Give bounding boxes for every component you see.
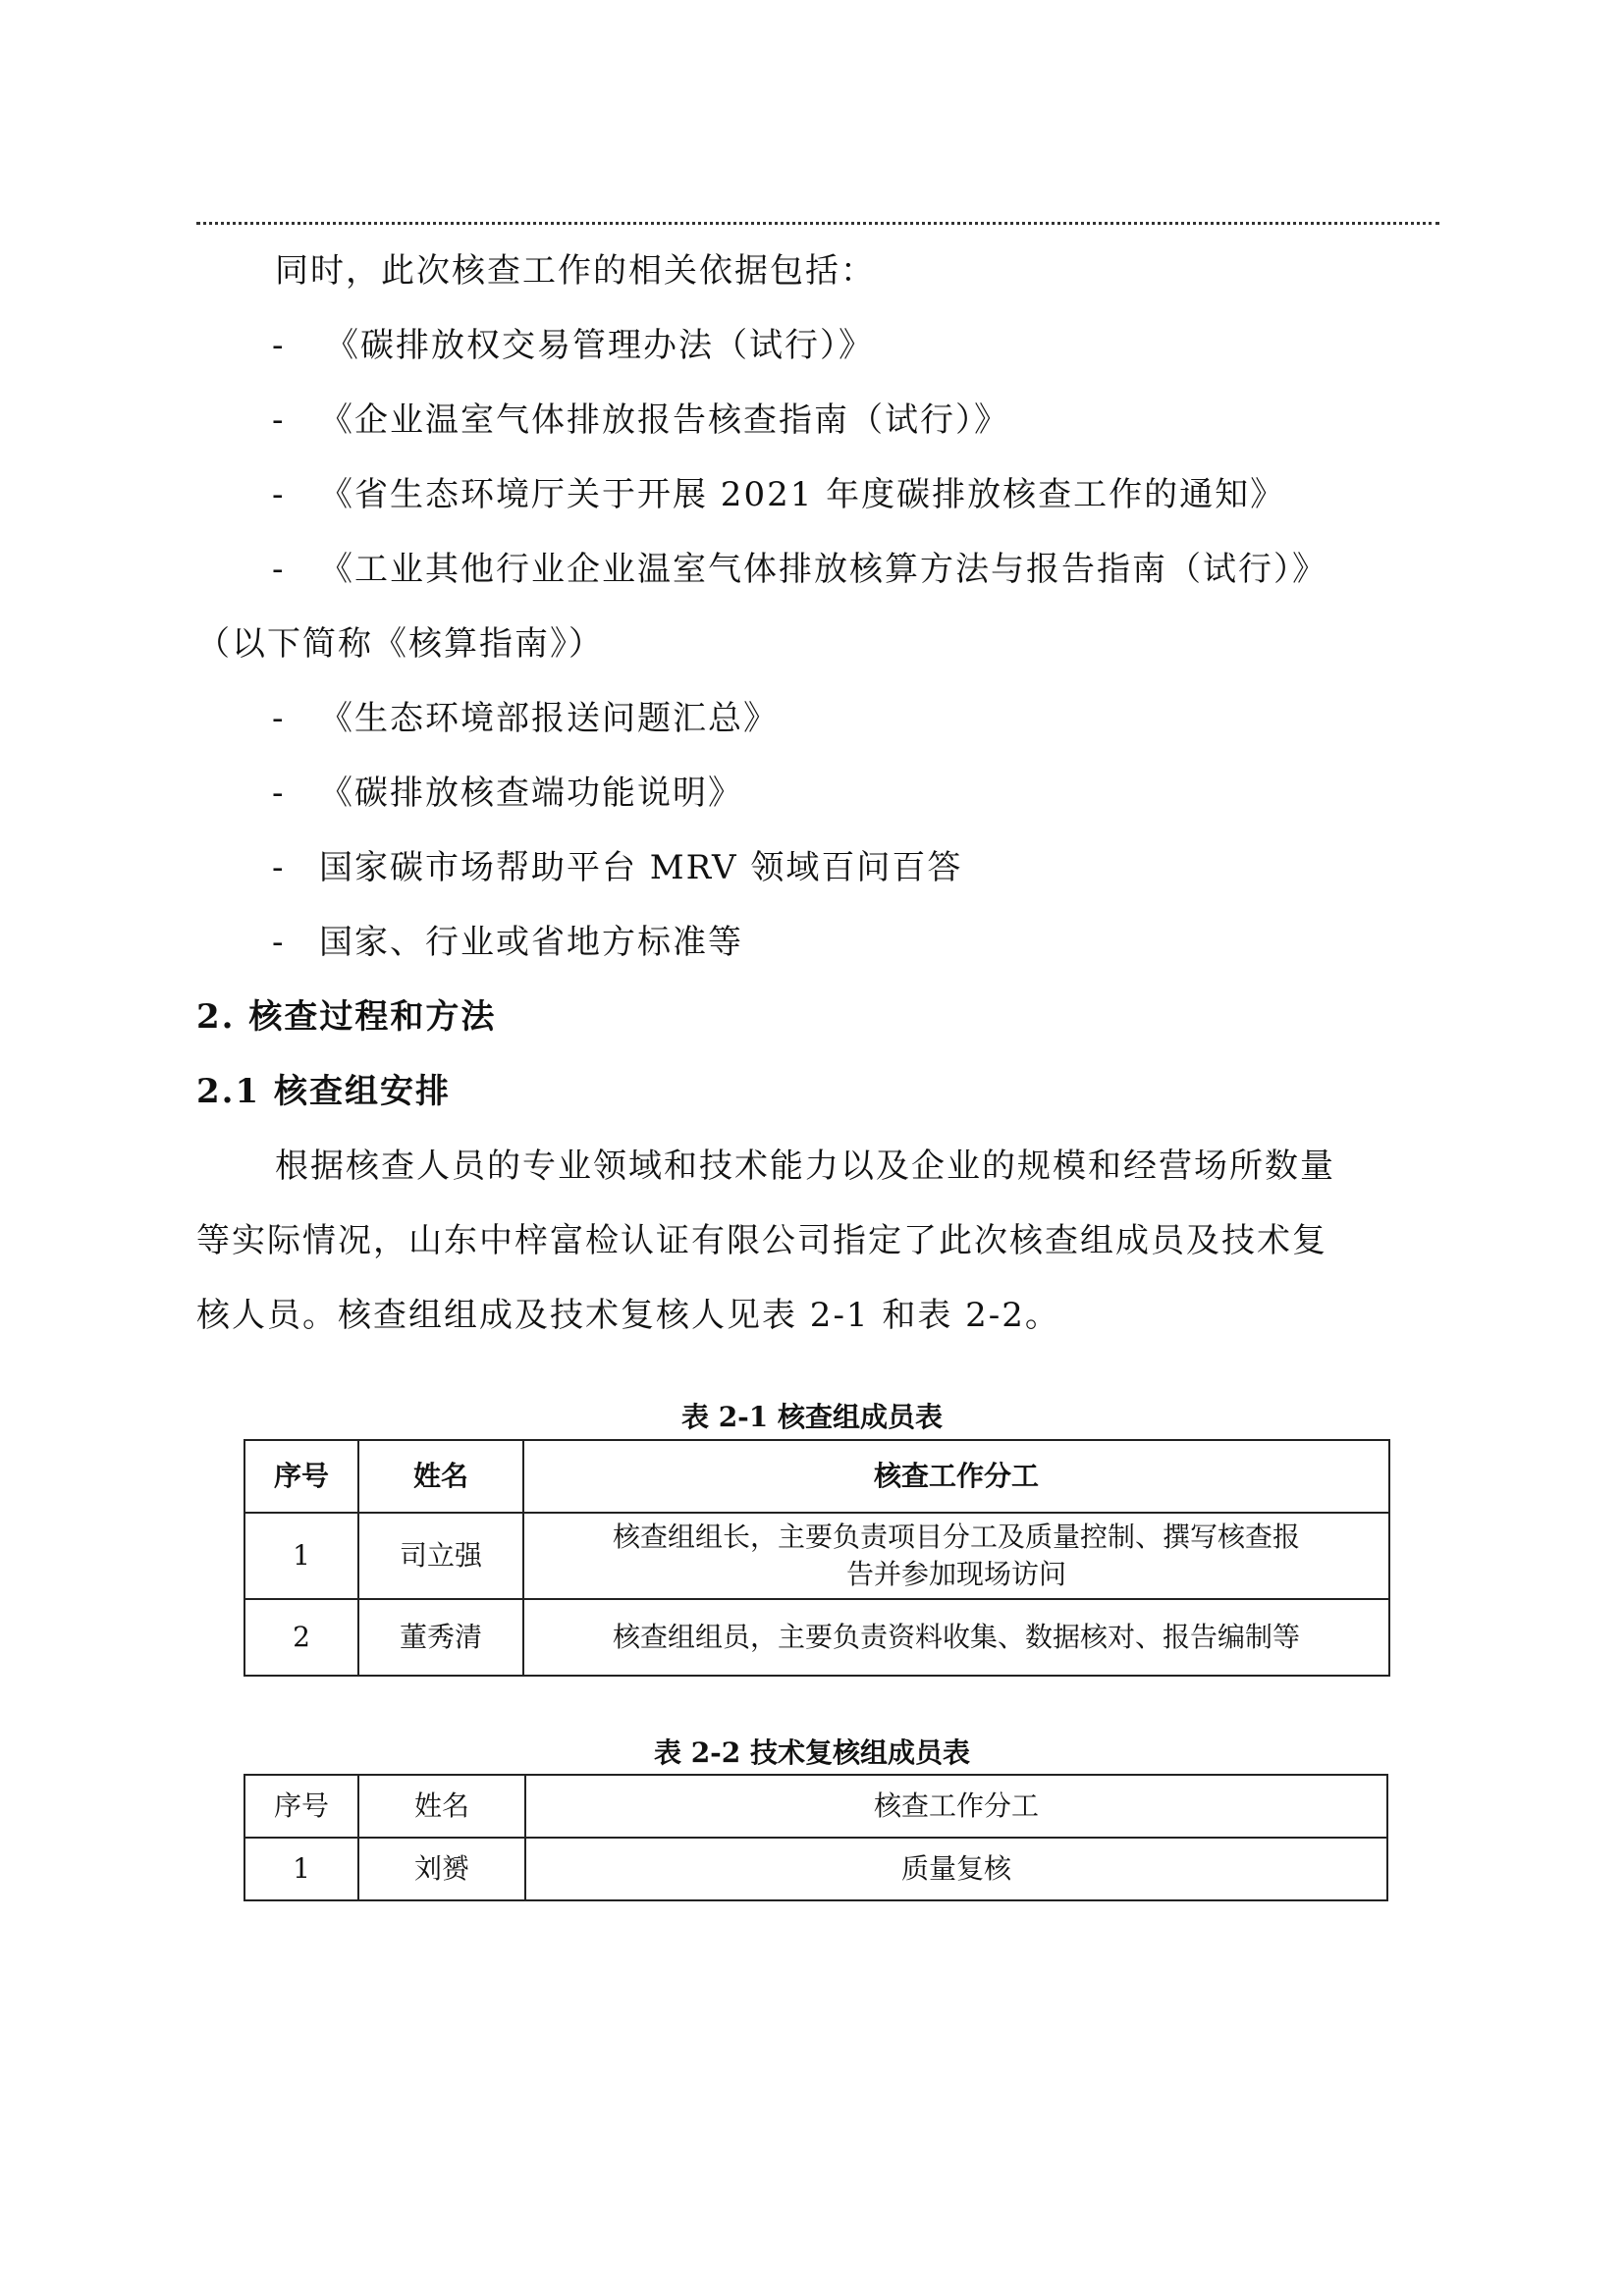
header-no: 序号: [244, 1440, 358, 1513]
reference-item: -国家碳市场帮助平台 MRV 领域百问百答: [272, 848, 962, 887]
table-row: 1 刘赟 质量复核: [244, 1838, 1387, 1900]
bullet-dash: -: [272, 400, 319, 440]
reference-text: 《生态环境部报送问题汇总》: [319, 699, 779, 738]
intro-text: 同时，此次核查工作的相关依据包括：: [275, 251, 876, 291]
paragraph-line: 核人员。核查组组成及技术复核人见表 2-1 和表 2-2。: [196, 1296, 1060, 1335]
table-header-row: 序号 姓名 核查工作分工: [244, 1775, 1387, 1838]
header-duty: 核查工作分工: [523, 1440, 1389, 1513]
reference-note: （以下简称《核算指南》）: [196, 624, 604, 664]
cell-duty: 质量复核: [525, 1838, 1387, 1900]
reference-text: 国家碳市场帮助平台 MRV 领域百问百答: [319, 848, 962, 887]
cell-no: 1: [244, 1838, 358, 1900]
cell-duty: 核查组组员，主要负责资料收集、数据核对、报告编制等: [523, 1599, 1389, 1676]
table-row: 1 司立强 核查组组长，主要负责项目分工及质量控制、撰写核查报 告并参加现场访问: [244, 1513, 1389, 1599]
paragraph-line: 等实际情况，山东中梓富检认证有限公司指定了此次核查组成员及技术复: [196, 1221, 1327, 1260]
table2-caption: 表 2-2 技术复核组成员表: [0, 1737, 1624, 1769]
cell-duty-line: 告并参加现场访问: [534, 1556, 1379, 1593]
reference-text: 《企业温室气体排放报告核查指南（试行）》: [319, 400, 1009, 440]
header-name: 姓名: [358, 1440, 523, 1513]
reference-item: -《企业温室气体排放报告核查指南（试行）》: [272, 400, 1009, 440]
reference-text: 《省生态环境厅关于开展 2021 年度碳排放核查工作的通知》: [319, 475, 1285, 514]
subsection-heading: 2.1 核查组安排: [196, 1072, 451, 1111]
table1-members: 序号 姓名 核查工作分工 1 司立强 核查组组长，主要负责项目分工及质量控制、撰…: [244, 1439, 1390, 1677]
bullet-dash: -: [272, 326, 319, 365]
header-dotted-rule: [196, 222, 1439, 225]
reference-text: 《碳排放权交易管理办法（试行）》: [325, 326, 874, 365]
reference-item: -《生态环境部报送问题汇总》: [272, 699, 779, 738]
header-no: 序号: [244, 1775, 358, 1838]
reference-text: 《工业其他行业企业温室气体排放核算方法与报告指南（试行）》: [319, 550, 1327, 589]
bullet-dash: -: [272, 774, 319, 813]
cell-name: 司立强: [358, 1513, 523, 1599]
header-duty: 核查工作分工: [525, 1775, 1387, 1838]
table-row: 2 董秀清 核查组组员，主要负责资料收集、数据核对、报告编制等: [244, 1599, 1389, 1676]
bullet-dash: -: [272, 923, 319, 962]
cell-duty: 核查组组长，主要负责项目分工及质量控制、撰写核查报 告并参加现场访问: [523, 1513, 1389, 1599]
bullet-dash: -: [272, 699, 319, 738]
reference-item: -《省生态环境厅关于开展 2021 年度碳排放核查工作的通知》: [272, 475, 1285, 514]
cell-duty-line: 核查组组长，主要负责项目分工及质量控制、撰写核查报: [534, 1519, 1379, 1556]
reference-item: -《工业其他行业企业温室气体排放核算方法与报告指南（试行）》: [272, 550, 1327, 589]
reference-text: 国家、行业或省地方标准等: [319, 923, 743, 962]
bullet-dash: -: [272, 550, 319, 589]
reference-item: -《碳排放核查端功能说明》: [272, 774, 743, 813]
bullet-dash: -: [272, 848, 319, 887]
paragraph-line: 根据核查人员的专业领域和技术能力以及企业的规模和经营场所数量: [275, 1147, 1335, 1186]
header-name: 姓名: [358, 1775, 525, 1838]
cell-name: 刘赟: [358, 1838, 525, 1900]
table1-caption: 表 2-1 核查组成员表: [0, 1402, 1624, 1433]
cell-no: 2: [244, 1599, 358, 1676]
table2-reviewers: 序号 姓名 核查工作分工 1 刘赟 质量复核: [244, 1774, 1388, 1901]
reference-item: -《碳排放权交易管理办法（试行）》: [272, 326, 874, 365]
reference-text: 《碳排放核查端功能说明》: [319, 774, 743, 813]
table-header-row: 序号 姓名 核查工作分工: [244, 1440, 1389, 1513]
section-heading: 2. 核查过程和方法: [196, 997, 496, 1037]
bullet-dash: -: [272, 475, 319, 514]
cell-name: 董秀清: [358, 1599, 523, 1676]
reference-item: -国家、行业或省地方标准等: [272, 923, 743, 962]
cell-no: 1: [244, 1513, 358, 1599]
